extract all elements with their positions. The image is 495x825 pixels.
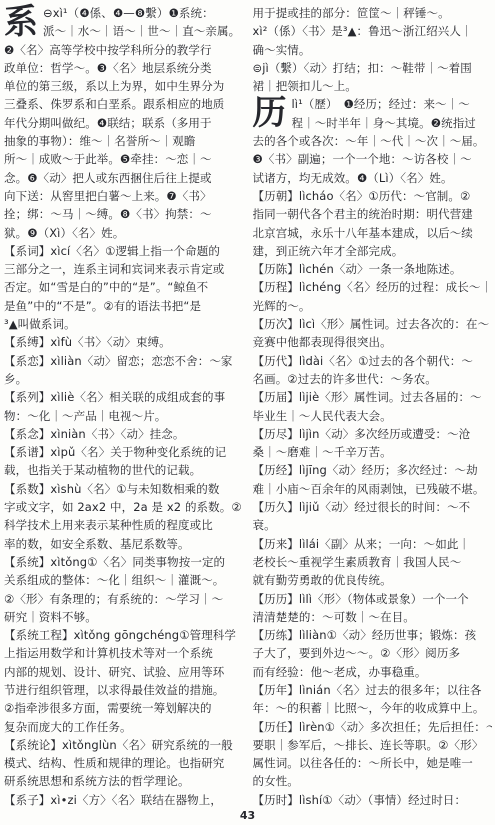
text-line: ②〈形〉有条理的；有系统的：～学习｜～ [4, 590, 244, 608]
text-line: 【系词】xìcí〈名〉①逻辑上指一个命题的 [4, 242, 244, 260]
headword-lines-li: lì¹（歷） ❶经历；经过：来～｜～ 程｜～时半年｜身～其境。❷统指过 [292, 95, 493, 132]
text-line: 科学技术上用来表示某种性质的程度或比 [4, 516, 244, 534]
text-line: 【系统论】xìtǒnglùn〈名〉研究系统的一般 [4, 736, 244, 754]
text-line: 【系缚】xìfù〈书〉〈动〉束缚。 [4, 333, 244, 351]
text-line: 衰。 [253, 516, 493, 534]
text-line: 确～实情。 [253, 41, 493, 59]
text-line: ⊜jì（繫）〈动〉打结；扣：～鞋带｜～着围 [253, 59, 493, 77]
entry-xi: 系 ⊖xì¹（❹係、❹—❽繫）❶系统： 派～｜水～｜语～｜世～｜直～亲属。 [4, 4, 244, 41]
text-line: 三部分之一，连系主词和宾词来表示肯定或 [4, 260, 244, 278]
text-line: 【系谱】xìpǔ〈名〉关于物种变化系统的记 [4, 443, 244, 461]
text-line: 【历来】lìlái〈副〉从来；一向：～如此｜ [253, 535, 493, 553]
text-line: 【历经】lìjīng〈动〉经历；多次经过：～劫 [253, 461, 493, 479]
text-line: 年：～的积蓄｜比照～，今年的收成算中上。 [253, 699, 493, 717]
headword-char-li: 历 [253, 95, 292, 131]
text-line: 年代分期叫做纪。❹联结；联系（多用于 [4, 114, 244, 132]
right-column-pre-lines: 用于提或挂的部分：笸筐～｜秤锤～。xì²（係）〈书〉是³▲：鲁迅～浙江绍兴人｜确… [253, 4, 493, 95]
text-line: 指同一朝代各个君主的统治时期：明代营建 [253, 205, 493, 223]
text-line: 上指运用数学和计算机技术等对一个系统 [4, 644, 244, 662]
text-line: 试诸方，均无成效。❹（Lì）〈名〉姓。 [253, 169, 493, 187]
text-line: xì²（係）〈书〉是³▲：鲁迅～浙江绍兴人｜ [253, 22, 493, 40]
text-line: ⊖xì¹（❹係、❹—❽繫）❶系统： [43, 4, 244, 22]
text-line: ②指牵涉很多方面，需要统一筹划解决的 [4, 699, 244, 717]
text-line: 【系统】xìtǒng①〈名〉同类事物按一定的 [4, 553, 244, 571]
text-line: 载，也指关于某动植物的世代的记载。 [4, 461, 244, 479]
entry-li: 历 lì¹（歷） ❶经历；经过：来～｜～ 程｜～时半年｜身～其境。❷统指过 [253, 95, 493, 132]
text-line: 【系列】xìliè〈名〉相关联的成组成套的事 [4, 388, 244, 406]
text-line: 而有经验：他～老成，办事稳重。 [253, 663, 493, 681]
text-line: 子大了，要到外边～～。②〈形〉阅历多 [253, 644, 493, 662]
text-line: 念。❻〈动〉把人或东西捆住后往上提或 [4, 169, 244, 187]
text-line: 属性词。以往各任的：～所长中，她是唯一 [253, 754, 493, 772]
two-column-text: 系 ⊖xì¹（❹係、❹—❽繫）❶系统： 派～｜水～｜语～｜世～｜直～亲属。 ❷〈… [0, 0, 495, 809]
text-line: 物：～化｜～产品｜电视～片。 [4, 407, 244, 425]
text-line: ³▲叫做系词。 [4, 315, 244, 333]
left-column: 系 ⊖xì¹（❹係、❹—❽繫）❶系统： 派～｜水～｜语～｜世～｜直～亲属。 ❷〈… [4, 4, 244, 809]
text-line: 【系统工程】xìtǒng gōngchéng①管理科学 [4, 626, 244, 644]
text-line: 去的各个或各次：～年｜～代｜～次｜～届。 [253, 132, 493, 150]
text-line: 【历陈】lìchén〈动〉一条一条地陈述。 [253, 260, 493, 278]
text-line: 毕业生｜～人民代表大会。 [253, 407, 493, 425]
text-line: 【历尽】lìjìn〈动〉多次经历或遭受：～沧 [253, 425, 493, 443]
text-line: 派～｜水～｜语～｜世～｜直～亲属。 [43, 22, 244, 40]
text-line: 的女性。 [253, 772, 493, 790]
text-line: 【历历】lìlì〈形〉（物体或景象）一个一个 [253, 590, 493, 608]
text-line: 研系统思想和系统方法的哲学理论。 [4, 772, 244, 790]
text-line: 【历次】lìcì〈形〉属性词。过去各次的：在～ [253, 315, 493, 333]
text-line: 名画。②过去的许多世代：～务农。 [253, 370, 493, 388]
text-line: 【历代】lìdài〈名〉①过去的各个朝代：～ [253, 352, 493, 370]
text-line: 【历年】lìnián〈名〉过去的很多年；以往各 [253, 681, 493, 699]
text-line: 乡。 [4, 370, 244, 388]
text-line: 【历时】lìshí①〈动〉（事情）经过时日： [253, 791, 493, 809]
text-line: 【系念】xìniàn〈书〉〈动〉挂念。 [4, 425, 244, 443]
text-line: 竞赛中他都表现得很突出。 [253, 333, 493, 351]
text-line: 难｜小庙～百余年的风雨剥蚀，已残破不堪。 [253, 480, 493, 498]
text-line: 否定。如“雪是白的”中的“是”。“鲸鱼不 [4, 278, 244, 296]
text-line: 【历久】lìjiǔ〈动〉经过很长的时间：～不 [253, 498, 493, 516]
text-line: 老校长～重视学生素质教育｜我国人民～ [253, 553, 493, 571]
text-line: ❸〈书〉副遍；一个一个地：～访各校｜～ [253, 150, 493, 168]
page-number: 43 [0, 809, 495, 822]
left-column-lines: ❷〈名〉高等学校中按学科所分的教学行政单位：哲学～。❸〈名〉地层系统分类单位的第… [4, 41, 244, 809]
text-line: 清清楚楚的：～可数｜～在目。 [253, 608, 493, 626]
text-line: 狱。❾（Xì）〈名〉姓。 [4, 224, 244, 242]
text-line: 裙｜把领扣儿～上。 [253, 77, 493, 95]
text-line: 【历届】lìjiè〈形〉属性词。过去各届的：～ [253, 388, 493, 406]
text-line: 是鱼”中的“不是”。②有的语法书把“是 [4, 297, 244, 315]
text-line: 字或文字，如 2ax2 中，2a 是 x2 的系数。② [4, 498, 244, 516]
dictionary-page: 系 ⊖xì¹（❹係、❹—❽繫）❶系统： 派～｜水～｜语～｜世～｜直～亲属。 ❷〈… [0, 0, 495, 825]
text-line: 研究｜资料不够。 [4, 608, 244, 626]
headword-char-xi: 系 [4, 4, 43, 40]
text-line: 模式、结构、性质和规律的理论。也指研究 [4, 754, 244, 772]
text-line: 内部的规划、设计、研究、试验、应用等环 [4, 663, 244, 681]
text-line: 桑｜～磨难｜～千辛万苦。 [253, 443, 493, 461]
text-line: 关系组成的整体：～化｜组织～｜灌溉～。 [4, 571, 244, 589]
text-line: 要职｜参军后，～排长、连长等职。②〈形〉 [253, 736, 493, 754]
text-line: 【系恋】xìliàn〈动〉留恋；恋恋不舍：～家 [4, 352, 244, 370]
text-line: 用于提或挂的部分：笸筐～｜秤锤～。 [253, 4, 493, 22]
text-line: 【系子】xì•zi〈方〉〈名〉联结在器物上， [4, 791, 244, 809]
text-line: 抽象的事物）：维～｜名誉所～｜观瞻 [4, 132, 244, 150]
text-line: 【历任】lìrèn①〈动〉多次担任；先后担任：～ [253, 718, 493, 736]
text-line: 【历朝】lìcháo〈名〉①历代：～官制。② [253, 187, 493, 205]
text-line: 【历练】lìliàn①〈动〉经历世事；锻炼：孩 [253, 626, 493, 644]
text-line: 建，到正统六年才全部完成。 [253, 242, 493, 260]
text-line: 三叠系、侏罗系和白垩系。跟系相应的地质 [4, 95, 244, 113]
text-line: 就有勤劳勇敢的优良传统。 [253, 571, 493, 589]
text-line: 政单位：哲学～。❸〈名〉地层系统分类 [4, 59, 244, 77]
text-line: 复杂而庞大的工作任务。 [4, 718, 244, 736]
text-line: 程｜～时半年｜身～其境。❷统指过 [292, 114, 493, 132]
text-line: 拴；绑：～马｜～缚。❽〈书〉拘禁：～ [4, 205, 244, 223]
text-line: 光辉的～。 [253, 297, 493, 315]
text-line: 单位的第三级，系以上为界，如中生界分为 [4, 77, 244, 95]
text-line: 【历程】lìchéng〈名〉经历的过程：成长～｜ [253, 278, 493, 296]
text-line: 所～｜成败～于此举。❺牵挂：～恋｜～ [4, 150, 244, 168]
headword-lines-xi: ⊖xì¹（❹係、❹—❽繫）❶系统： 派～｜水～｜语～｜世～｜直～亲属。 [43, 4, 244, 41]
text-line: 向下送：从窖里把白薯～上来。❼〈书〉 [4, 187, 244, 205]
text-line: 北京宫城，永乐十八年基本建成，以后～续 [253, 224, 493, 242]
right-column-lines: 去的各个或各次：～年｜～代｜～次｜～届。❸〈书〉副遍；一个一个地：～访各校｜～试… [253, 132, 493, 809]
right-column: 用于提或挂的部分：笸筐～｜秤锤～。xì²（係）〈书〉是³▲：鲁迅～浙江绍兴人｜确… [253, 4, 493, 809]
text-line: 【系数】xìshù〈名〉①与未知数相乘的数 [4, 480, 244, 498]
text-line: lì¹（歷） ❶经历；经过：来～｜～ [292, 95, 493, 113]
text-line: ❷〈名〉高等学校中按学科所分的教学行 [4, 41, 244, 59]
text-line: 节进行组织管理，以求得最佳效益的措施。 [4, 681, 244, 699]
text-line: 率的数，如安全系数、基尼系数等。 [4, 535, 244, 553]
